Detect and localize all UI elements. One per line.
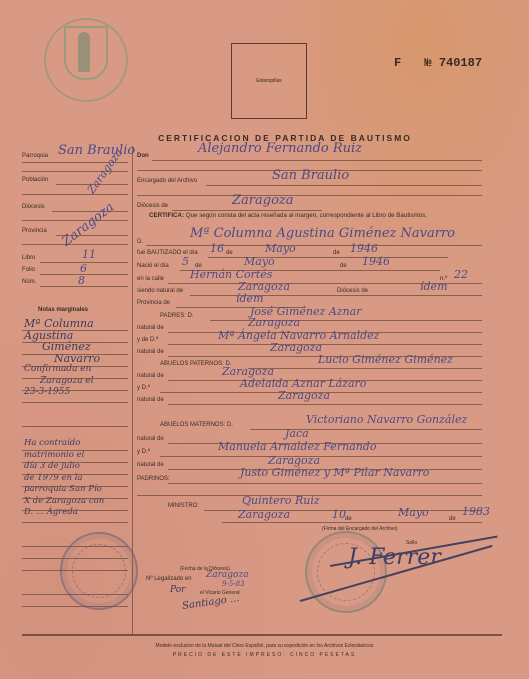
nacio-day: 5 xyxy=(182,255,189,268)
footer-model-note: Modelo exclusivo de la Mutual del Clero … xyxy=(0,643,529,649)
baptized-name: Mª Columna Agustina Giménez Navarro xyxy=(190,226,455,241)
crest-emblem-icon xyxy=(40,14,130,114)
ab-paterno-value: Lucio Giménez Giménez xyxy=(318,353,453,366)
diocesis-label: Diócesis de xyxy=(137,203,168,209)
nacio-de2-label: de xyxy=(340,263,347,269)
ab-paterno-natural-label: natural de xyxy=(137,373,164,379)
num-label: Núm. xyxy=(22,279,36,285)
por-label: Por xyxy=(170,585,185,595)
madre-label: y de D.ª xyxy=(137,337,158,343)
place-date-year: 1983 xyxy=(462,505,490,518)
natural-label: siendo natural de xyxy=(137,288,183,294)
ab-paterna-natural-label: natural de xyxy=(137,397,164,403)
poblacion-label: Población xyxy=(22,177,48,183)
parish-seal-icon xyxy=(60,532,138,610)
bautizado-day: 16 xyxy=(210,242,224,255)
diocesis-value: Zaragoza xyxy=(232,193,294,208)
madre-natural-value: Zaragoza xyxy=(270,341,322,354)
padrinos-value: Justo Giménez y Mª Pilar Navarro xyxy=(240,466,429,479)
bautizado-de-label: de xyxy=(226,250,233,256)
nota-line: Ha contraído xyxy=(24,438,130,450)
ministro-value: Quintero Ruiz xyxy=(242,494,320,507)
calle-label: en la calle xyxy=(137,276,164,282)
serial-number: F № 740187 xyxy=(394,56,482,70)
folio-label: Folio xyxy=(22,267,35,273)
n-value: 22 xyxy=(454,268,468,281)
ab-materna-natural-label: natural de xyxy=(137,462,164,468)
provincia-value: Zaragoza xyxy=(59,200,117,250)
parroquia-label: Parroquia xyxy=(22,153,48,159)
encargado-label: Encargado del Archivo xyxy=(137,178,197,184)
legalizado-label: Nº Legalizado en xyxy=(146,576,192,582)
ministro-label: MINISTRO: xyxy=(168,503,199,509)
provincia-value: ídem xyxy=(236,292,264,305)
certifica-paragraph: CERTIFICA: Que según consta del acta res… xyxy=(137,212,482,220)
certifica-label: CERTIFICA: xyxy=(149,212,184,219)
bautizado-month: Mayo xyxy=(265,242,296,255)
provincia-label: Provincia de xyxy=(137,300,170,306)
ab-materno-natural-value: Jaca xyxy=(285,427,309,440)
stamp-box: Estampillas xyxy=(231,43,307,119)
padres-label: PADRES: D. xyxy=(160,313,194,319)
place-date-month: Mayo xyxy=(398,506,429,519)
padre-natural-label: natural de xyxy=(137,325,164,331)
vicario-signature: Santiago ... xyxy=(182,593,241,612)
nacio-label: Nació el día xyxy=(137,263,169,269)
ab-maternos-label: ABUELOS MATERNOS: D. xyxy=(160,422,233,428)
legalizado-value: Zaragoza xyxy=(206,570,249,580)
diocesis-label: Diócesis xyxy=(22,204,45,210)
don-value: Alejandro Fernando Ruiz xyxy=(198,141,362,156)
ab-materno-natural-label: natural de xyxy=(137,436,164,442)
ab-paternos-label: ABUELOS PATERNOS: D. xyxy=(160,361,231,367)
ab-paterna-natural-value: Zaragoza xyxy=(278,389,330,402)
provincia-label: Provincia xyxy=(22,228,47,234)
libro-value: 11 xyxy=(82,248,96,261)
nota-line: 23-3-1955 xyxy=(24,387,130,399)
ab-paterna-label: y D.ª xyxy=(137,385,150,391)
place-date-place: Zaragoza xyxy=(238,508,290,521)
ab-materna-label: y D.ª xyxy=(137,449,150,455)
series-letter: F xyxy=(394,56,401,70)
nota-line: Mª Columna xyxy=(24,318,130,330)
archdiocese-seal-icon xyxy=(305,531,387,613)
footer-price: PRECIO DE ESTE IMPRESO: CINCO PESETAS xyxy=(0,652,529,658)
madre-natural-label: natural de xyxy=(137,349,164,355)
legalizado-date: 9-5-83 xyxy=(222,580,245,588)
nacio-year: 1946 xyxy=(362,255,390,268)
baptism-certificate: Estampillas F № 740187 CERTIFICACION DE … xyxy=(0,0,529,679)
stamp-box-label: Estampillas xyxy=(232,78,306,84)
padre-natural-value: Zaragoza xyxy=(248,316,300,329)
padrinos-label: PADRINOS: xyxy=(137,476,170,482)
libro-label: Libro xyxy=(22,255,35,261)
nacio-month: Mayo xyxy=(244,255,275,268)
encargado-value: San Braulio xyxy=(272,168,349,183)
d-label: D. xyxy=(137,239,143,245)
notas-marginales-title: Notas marginales xyxy=(38,307,88,313)
nota-line: matrimonio el xyxy=(24,450,130,462)
number-symbol: № xyxy=(424,56,431,70)
certificate-number: 740187 xyxy=(439,56,482,70)
bautizado-year: 1946 xyxy=(350,242,378,255)
bautizado-de2-label: de xyxy=(333,250,340,256)
certifica-text: Que según consta del acta reseñada al ma… xyxy=(186,212,427,219)
don-label: Don xyxy=(137,153,149,159)
diocesis2-value: ídem xyxy=(420,280,448,293)
nota-line: D. ... Ágreda xyxy=(24,507,130,519)
ab-materna-value: Manuela Arnaldez Fernando xyxy=(218,440,376,453)
firma-label: (Firma del Encargado del Archivo) xyxy=(322,526,398,532)
place-date-day: 10 xyxy=(332,508,346,521)
ab-materno-value: Victoriano Navarro González xyxy=(306,413,467,426)
diocesis2-label: Diócesis de xyxy=(337,288,368,294)
